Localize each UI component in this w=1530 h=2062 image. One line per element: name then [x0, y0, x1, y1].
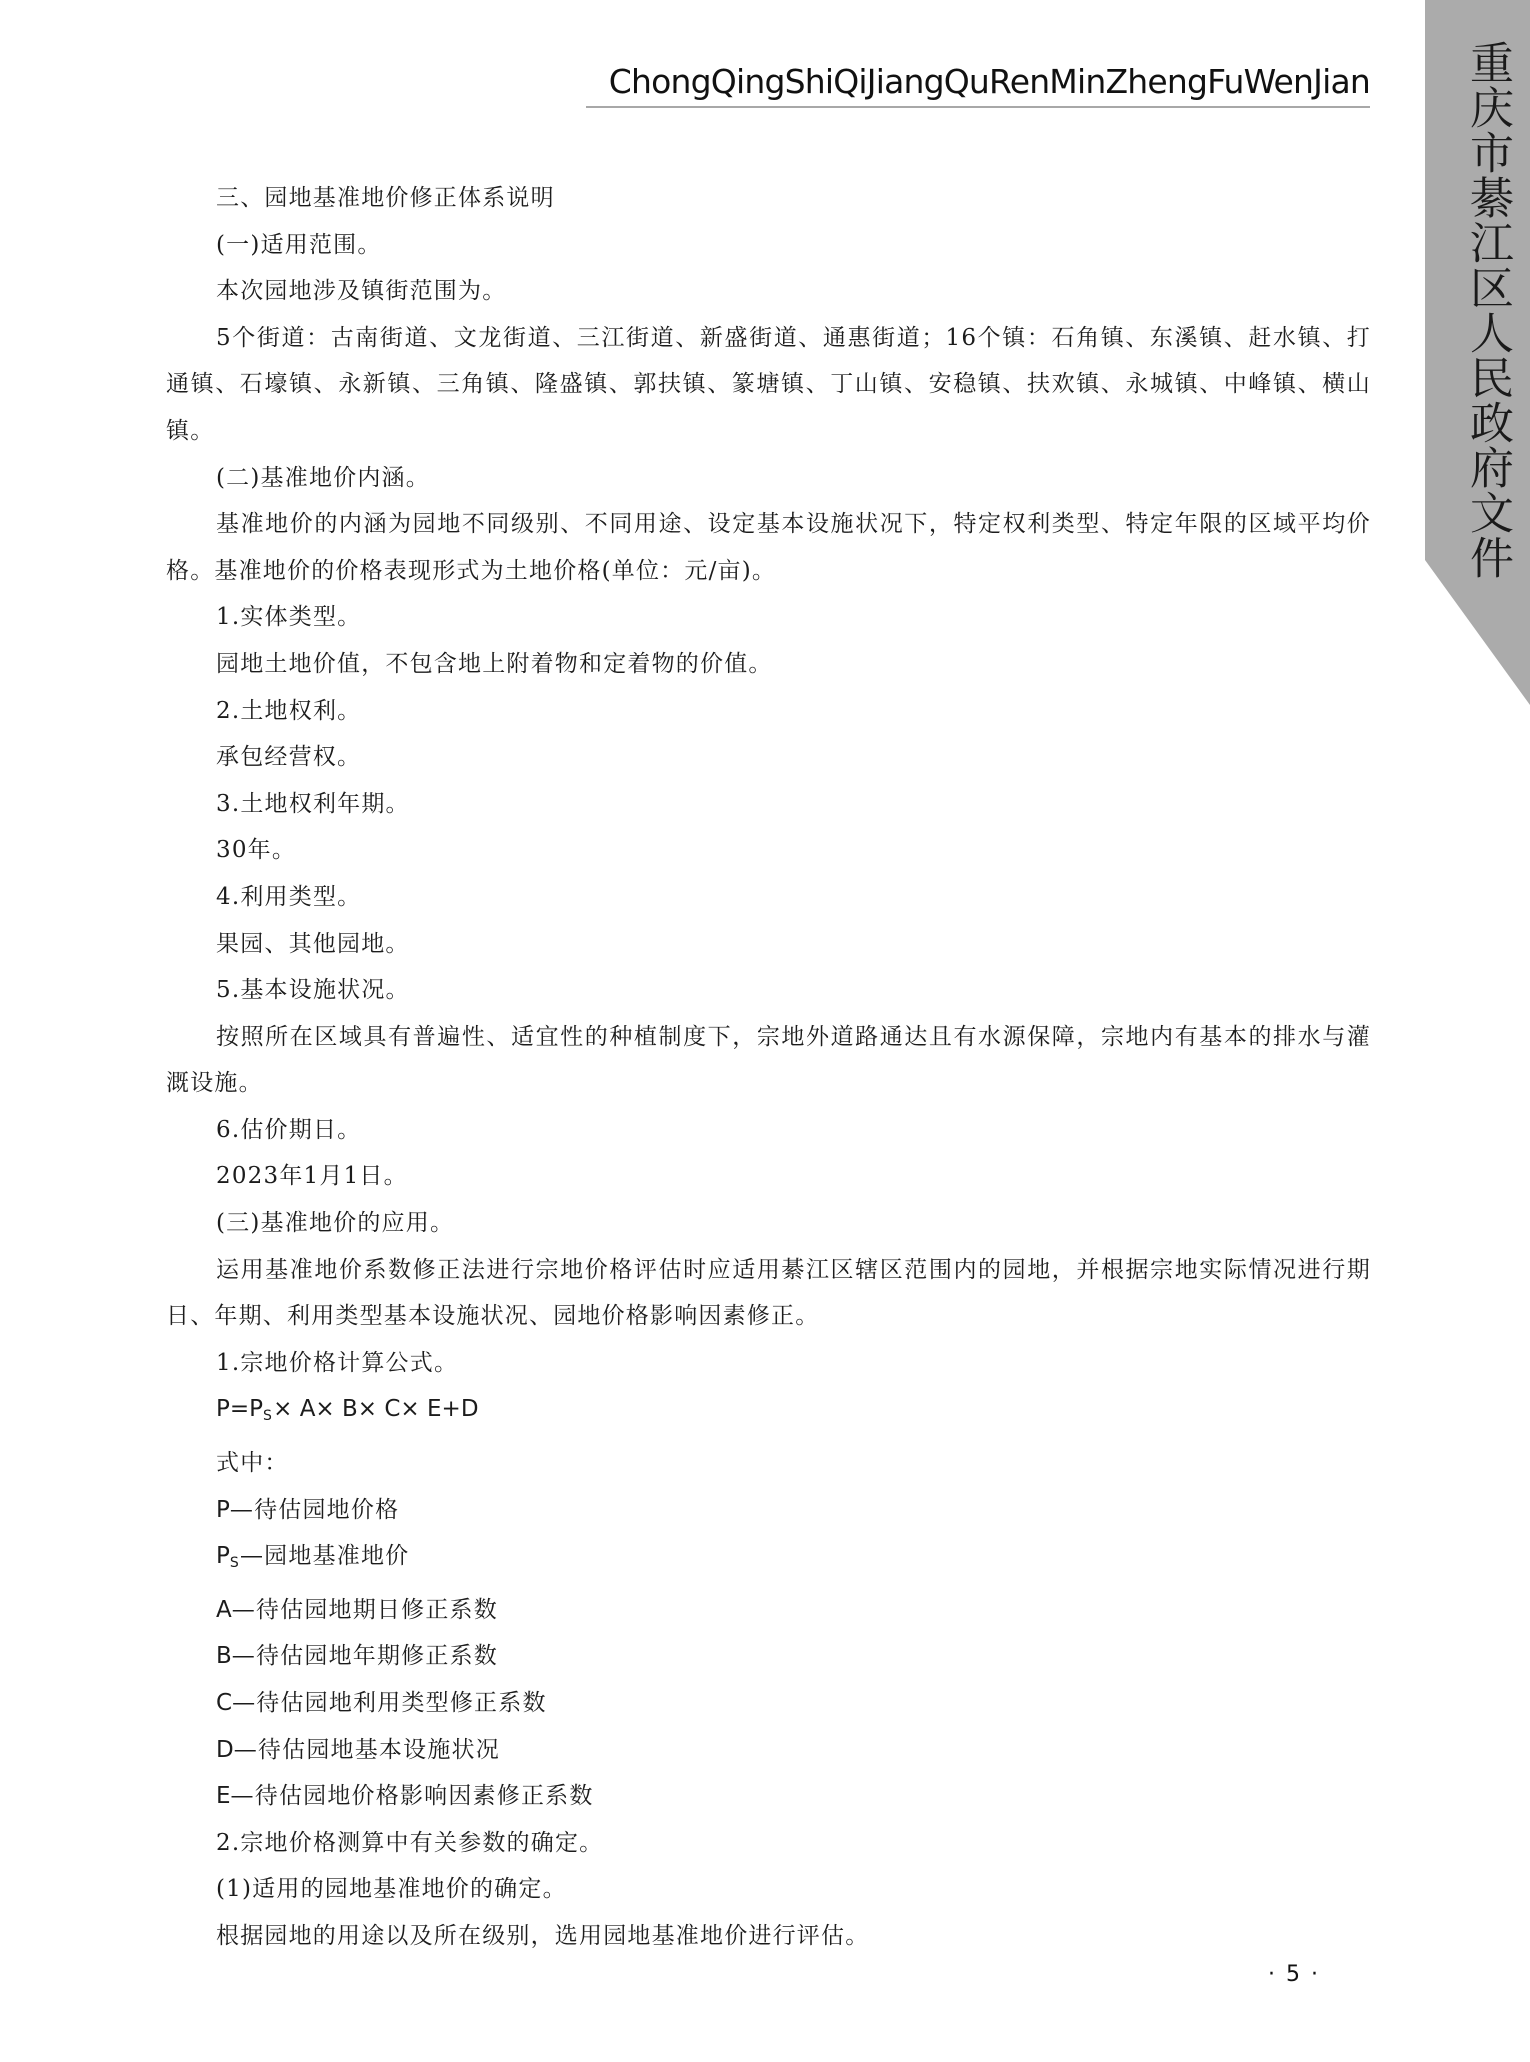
variable-definition: E—待估园地价格影响因素修正系数 [166, 1773, 1371, 1820]
item-label-use-type: 4.利用类型。 [166, 874, 1371, 921]
parameter-heading: 2.宗地价格测算中有关参数的确定。 [166, 1820, 1371, 1867]
variable-definition: A—待估园地期日修正系数 [166, 1587, 1371, 1634]
item-label-entity-type: 1.实体类型。 [166, 594, 1371, 641]
parameter1-heading: (1)适用的园地基准地价的确定。 [166, 1866, 1371, 1913]
variable-definition: PS—园地基准地价 [166, 1533, 1371, 1587]
item-value-use-type: 果园、其他园地。 [166, 921, 1371, 968]
item-value-right-term: 30年。 [166, 827, 1371, 874]
side-tab-label: 重庆市綦江区人民政府文件 [1448, 40, 1512, 580]
variable-definition: D—待估园地基本设施状况 [166, 1727, 1371, 1774]
document-body: 三、园地基准地价修正体系说明 (一)适用范围。 本次园地涉及镇街范围为。 5个街… [166, 175, 1371, 1960]
parameter1-text: 根据园地的用途以及所在级别，选用园地基准地价进行评估。 [166, 1913, 1371, 1960]
variable-definition: P—待估园地价格 [166, 1487, 1371, 1534]
subsection-heading-application: (三)基准地价的应用。 [166, 1200, 1371, 1247]
header-divider [586, 106, 1370, 108]
item-value-facilities: 按照所在区域具有普遍性、适宜性的种植制度下，宗地外道路通达且有水源保障，宗地内有… [166, 1014, 1371, 1107]
formula-heading: 1.宗地价格计算公式。 [166, 1340, 1371, 1387]
variable-definition: B—待估园地年期修正系数 [166, 1633, 1371, 1680]
item-label-land-right: 2.土地权利。 [166, 688, 1371, 735]
formula-where: 式中： [166, 1440, 1371, 1487]
item-value-entity-type: 园地土地价值，不包含地上附着物和定着物的价值。 [166, 641, 1371, 688]
subsection-heading-scope: (一)适用范围。 [166, 222, 1371, 269]
item-label-valuation-date: 6.估价期日。 [166, 1107, 1371, 1154]
item-value-valuation-date: 2023年1月1日。 [166, 1153, 1371, 1200]
item-value-land-right: 承包经营权。 [166, 734, 1371, 781]
section-heading: 三、园地基准地价修正体系说明 [166, 175, 1371, 222]
item-label-right-term: 3.土地权利年期。 [166, 781, 1371, 828]
scope-intro: 本次园地涉及镇街范围为。 [166, 268, 1371, 315]
formula: P=PS× A× B× C× E+D [166, 1386, 1371, 1440]
running-header-title: ChongQingShiQiJiangQuRenMinZhengFuWenJia… [590, 62, 1370, 101]
connotation-text: 基准地价的内涵为园地不同级别、不同用途、设定基本设施状况下，特定权利类型、特定年… [166, 501, 1371, 594]
variable-definition: C—待估园地利用类型修正系数 [166, 1680, 1371, 1727]
item-label-facilities: 5.基本设施状况。 [166, 967, 1371, 1014]
application-text: 运用基准地价系数修正法进行宗地价格评估时应适用綦江区辖区范围内的园地，并根据宗地… [166, 1247, 1371, 1340]
page-number: · 5 · [1268, 1962, 1320, 1987]
subsection-heading-connotation: (二)基准地价内涵。 [166, 455, 1371, 502]
scope-list: 5个街道：古南街道、文龙街道、三江街道、新盛街道、通惠街道；16个镇：石角镇、东… [166, 315, 1371, 455]
